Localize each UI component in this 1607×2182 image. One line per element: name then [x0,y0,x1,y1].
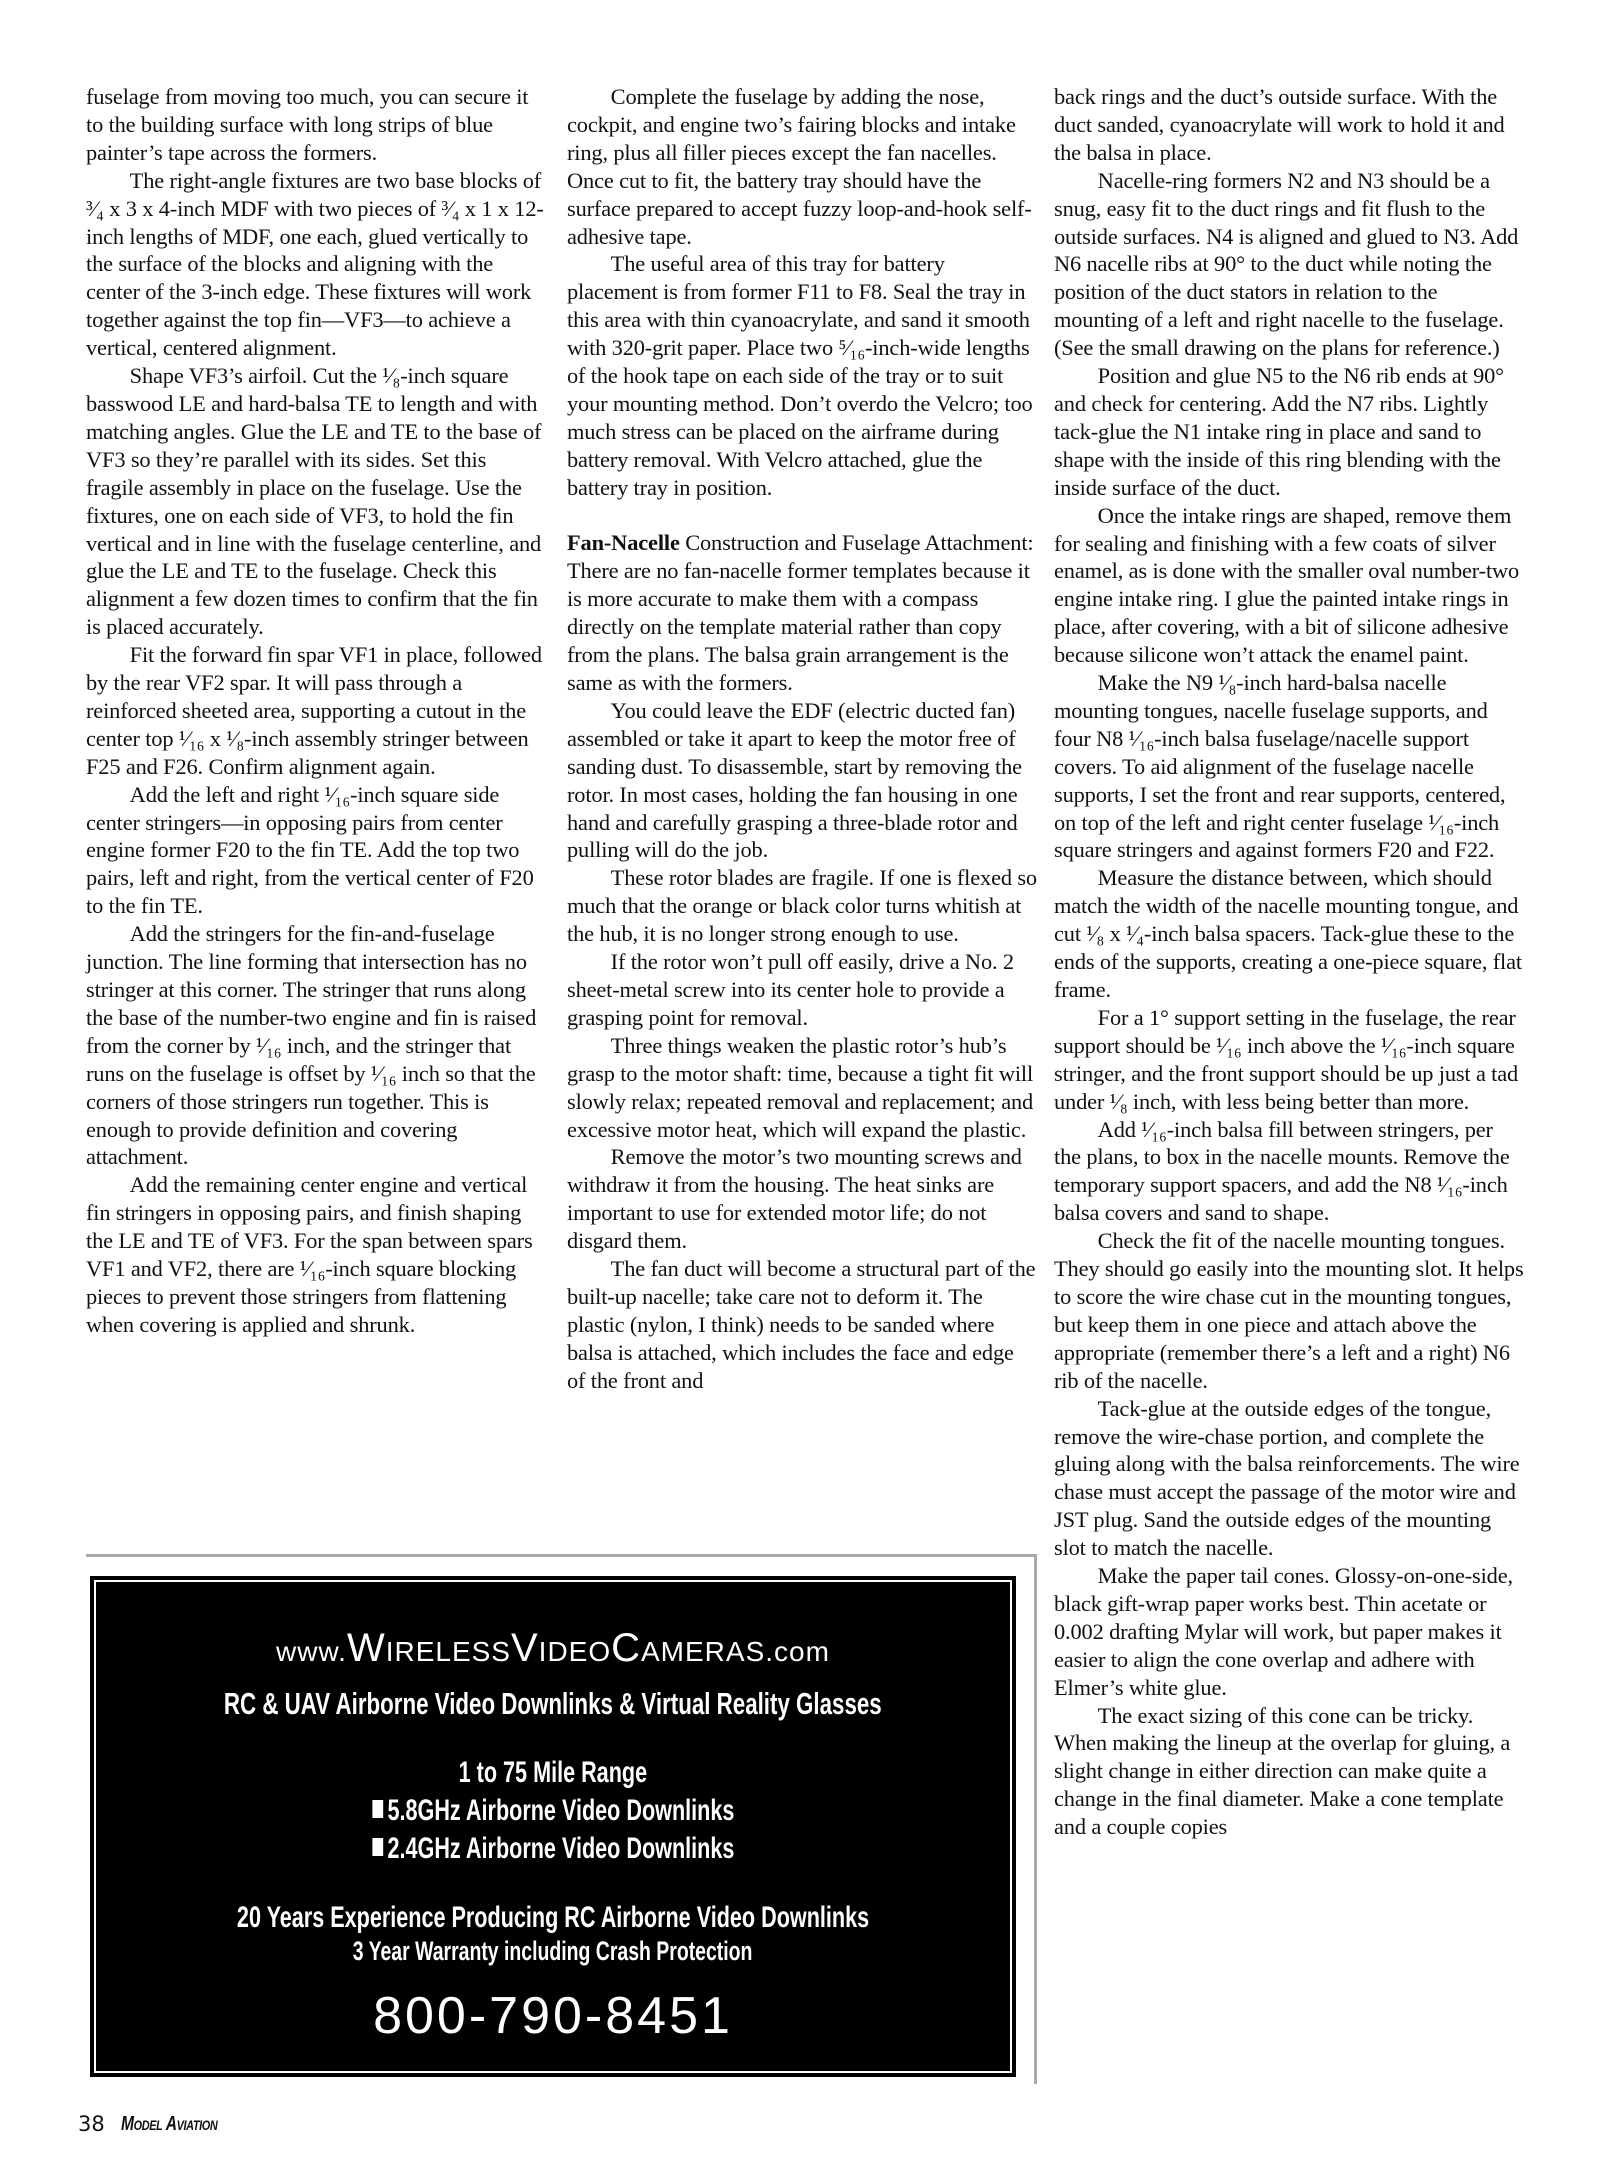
ad-phone-number[interactable]: 800-790-8451 [90,1986,1016,2046]
paragraph: Position and glue N5 to the N6 rib ends … [1054,362,1524,502]
ad-experience: 20 Years Experience Producing RC Airborn… [90,1901,1016,1935]
page-number: 38 [78,2112,105,2136]
paragraph: Make the N9 ¹⁄₈-inch hard-balsa nacelle … [1054,669,1524,864]
page-footer: 38 Model Aviation [78,2112,244,2144]
ad-tagline: RC & UAV Airborne Video Downlinks & Virt… [90,1686,1016,1722]
ad-url-suffix: .com [765,1636,830,1667]
paragraph: Measure the distance between, which shou… [1054,864,1524,1004]
ad-warranty-text: 3 Year Warranty including Crash Protecti… [353,1936,753,1967]
paragraph: If the rotor won’t pull off easily, driv… [567,948,1037,1032]
article-column-3: back rings and the duct’s outside surfac… [1054,83,1524,1841]
article-column-1: fuselage from moving too much, you can s… [86,83,548,1339]
section-heading: Fan-Nacelle [567,530,680,555]
square-bullet-icon [372,1838,383,1856]
square-bullet-icon [372,1800,383,1818]
paragraph: The fan duct will become a structural pa… [567,1255,1037,1395]
ad-bullet-item: 2.4GHz Airborne Video Downlinks [90,1832,1016,1866]
ad-bullet-item: 5.8GHz Airborne Video Downlinks [90,1794,1016,1828]
ad-url-prefix: www. [276,1636,347,1667]
paragraph: fuselage from moving too much, you can s… [86,83,548,167]
ad-website[interactable]: www.WirelessVideoCameras.com [90,1626,1016,1671]
paragraph: Complete the fuselage by adding the nose… [567,83,1037,250]
paragraph: Add the stringers for the fin-and-fusela… [86,920,548,1171]
ad-warranty: 3 Year Warranty including Crash Protecti… [90,1936,1016,1967]
paragraph: Tack-glue at the outside edges of the to… [1054,1395,1524,1562]
paragraph: The exact sizing of this cone can be tri… [1054,1702,1524,1842]
ad-tagline-text: RC & UAV Airborne Video Downlinks & Virt… [224,1686,882,1722]
paragraph: You could leave the EDF (electric ducted… [567,697,1037,864]
paragraph: Three things weaken the plastic rotor’s … [567,1032,1037,1144]
magazine-title: Model Aviation [121,2113,217,2136]
paragraph: These rotor blades are fragile. If one i… [567,864,1037,948]
advertisement-wireless-video-cameras[interactable]: www.WirelessVideoCameras.com RC & UAV Ai… [90,1576,1016,2077]
article-column-2: Complete the fuselage by adding the nose… [567,83,1037,1395]
ad-url-main: WirelessVideoCameras [347,1626,765,1670]
paragraph: The right-angle fixtures are two base bl… [86,167,548,362]
paragraph: Shape VF3’s airfoil. Cut the ¹⁄₈-inch sq… [86,362,548,641]
ad-frame-rule-horizontal [86,1554,1037,1557]
paragraph: Remove the motor’s two mounting screws a… [567,1143,1037,1255]
ad-bullet-text: 2.4GHz Airborne Video Downlinks [387,1832,734,1865]
paragraph: Add the left and right ¹⁄₁₆-inch square … [86,781,548,921]
paragraph: The useful area of this tray for battery… [567,250,1037,501]
ad-range: 1 to 75 Mile Range [90,1756,1016,1790]
section-heading-paragraph: Fan-Nacelle Construction and Fuselage At… [567,529,1037,696]
paragraph: For a 1° support setting in the fuselage… [1054,1004,1524,1116]
ad-bullet-text: 5.8GHz Airborne Video Downlinks [387,1794,734,1827]
paragraph: Make the paper tail cones. Glossy-on-one… [1054,1562,1524,1702]
paragraph: Nacelle-ring formers N2 and N3 should be… [1054,167,1524,362]
paragraph: back rings and the duct’s outside surfac… [1054,83,1524,167]
ad-frame-rule-vertical [1034,1554,1037,2084]
paragraph: Fit the forward fin spar VF1 in place, f… [86,641,548,781]
paragraph: Add ¹⁄₁₆-inch balsa fill between stringe… [1054,1116,1524,1228]
paragraph: Once the intake rings are shaped, remove… [1054,502,1524,669]
ad-range-text: 1 to 75 Mile Range [459,1756,647,1790]
paragraph: Add the remaining center engine and vert… [86,1171,548,1338]
paragraph: Check the fit of the nacelle mounting to… [1054,1227,1524,1394]
ad-experience-text: 20 Years Experience Producing RC Airborn… [237,1901,869,1935]
